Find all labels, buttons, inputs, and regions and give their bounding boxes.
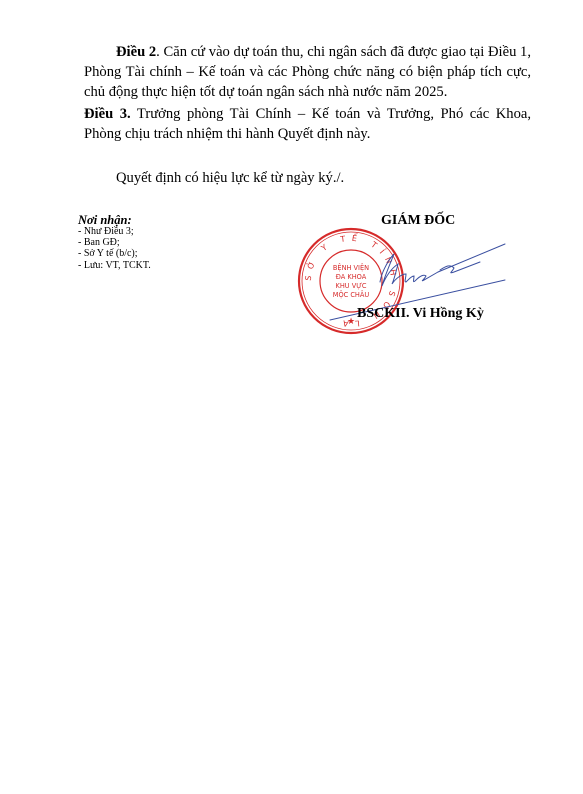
article-2-paragraph: Điều 2. Căn cứ vào dự toán thu, chi ngân… [84,42,531,102]
recipient-item: - Ban GĐ; [78,237,151,248]
recipient-item: - Lưu: VT, TCKT. [78,260,151,271]
position-title: GIÁM ĐỐC [381,213,455,229]
recipients-title: Nơi nhận: [78,214,151,226]
signer-name: BSCKII. Vi Hồng Kỳ [357,306,484,322]
article-2-label: Điều 2 [116,44,156,60]
recipient-item: - Như Điều 3; [78,226,151,237]
recipient-item: - Sở Y tế (b/c); [78,248,151,259]
article-3-paragraph: Điều 3. Trưởng phòng Tài Chính – Kế toán… [84,104,531,144]
article-3-text: Trưởng phòng Tài Chính – Kế toán và Trưở… [84,106,531,142]
article-3-label: Điều 3. [84,106,131,122]
document-page: Điều 2. Căn cứ vào dự toán thu, chi ngân… [0,0,583,794]
recipients-block: Nơi nhận: - Như Điều 3; - Ban GĐ; - Sở Y… [78,214,151,271]
effect-clause: Quyết định có hiệu lực kể từ ngày ký./. [84,168,531,188]
